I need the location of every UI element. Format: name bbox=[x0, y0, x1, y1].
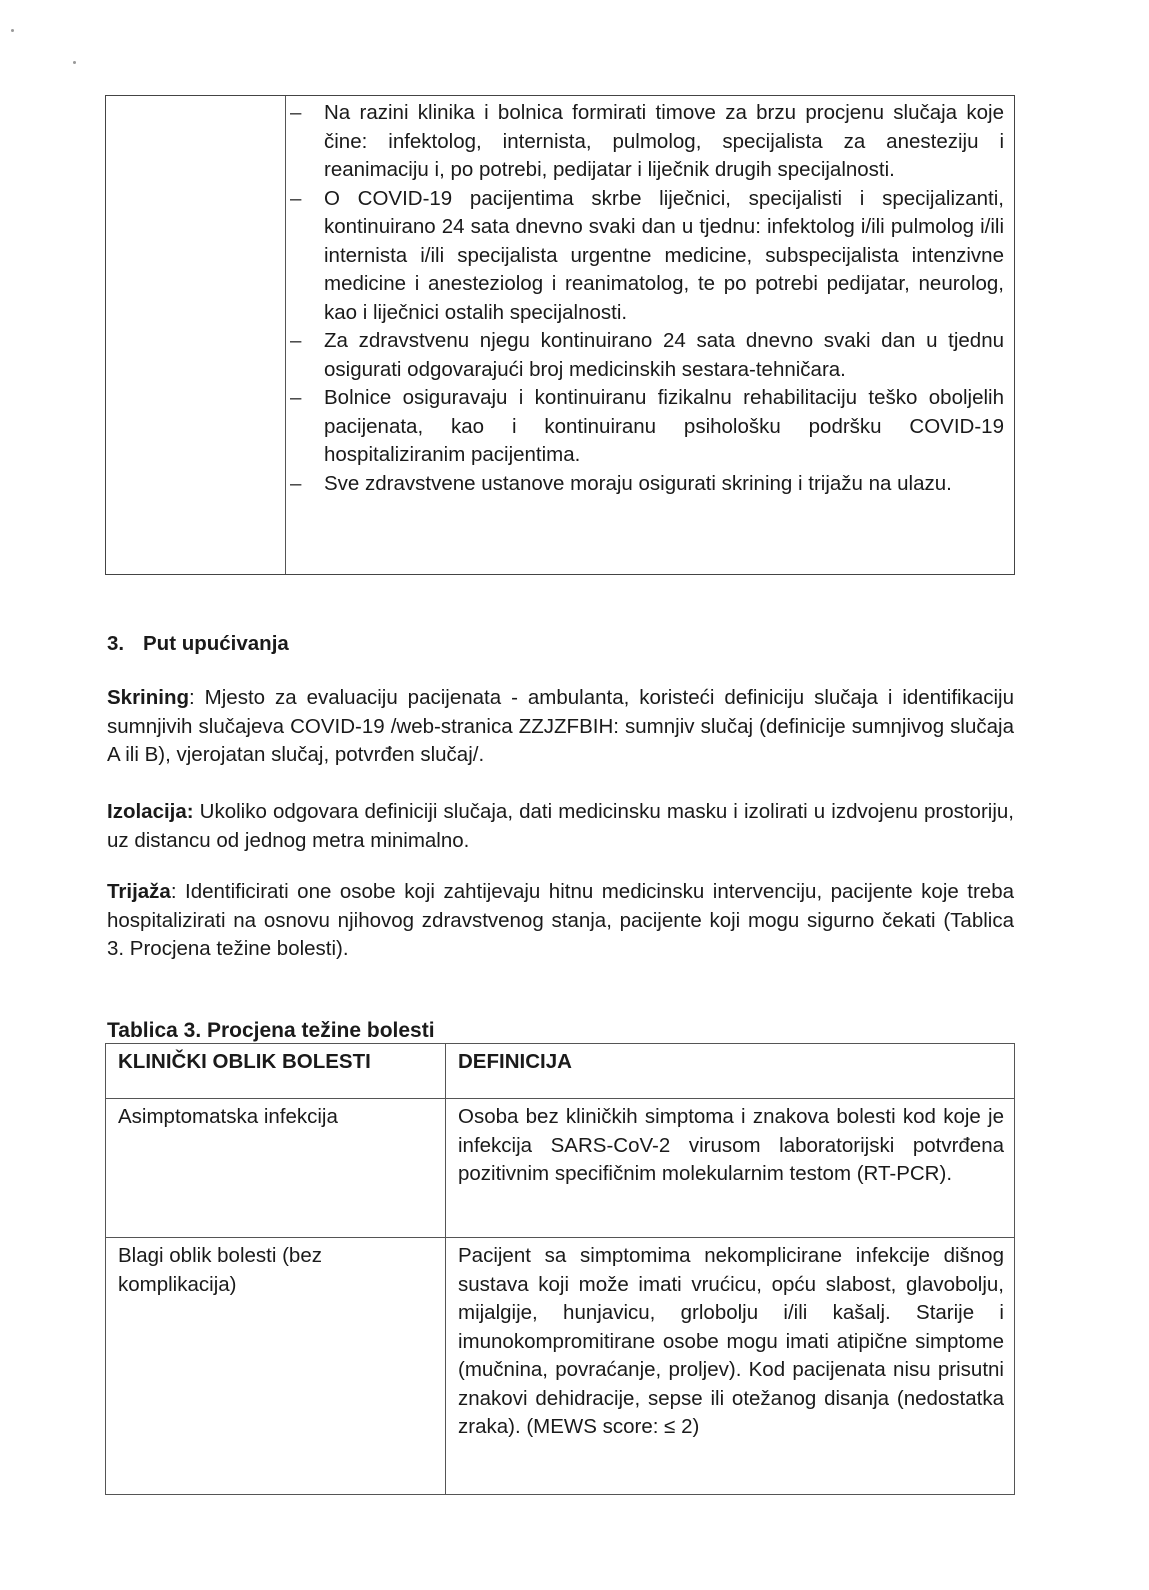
table-header-row: KLINIČKI OBLIK BOLESTI DEFINICIJA bbox=[106, 1044, 1015, 1099]
paragraph-label: Trijaža bbox=[107, 880, 171, 903]
section-title: Put upućivanja bbox=[143, 632, 289, 655]
dash-bullet-icon: – bbox=[286, 384, 324, 470]
cell-form: Asimptomatska infekcija bbox=[106, 1099, 446, 1238]
paragraph-izolacija: Izolacija: Ukoliko odgovara definiciji s… bbox=[107, 798, 1014, 855]
continued-table-bullet-cell: – Na razini klinika i bolnica formirati … bbox=[286, 96, 1014, 574]
paragraph-label: Izolacija: bbox=[107, 800, 194, 823]
paragraph-text: Ukoliko odgovara definiciji slučaja, dat… bbox=[107, 800, 1014, 852]
list-item: – O COVID-19 pacijentima skrbe liječnici… bbox=[286, 185, 1004, 328]
column-header-form: KLINIČKI OBLIK BOLESTI bbox=[106, 1044, 446, 1099]
section-number: 3. bbox=[107, 630, 143, 659]
paragraph-label: Skrining bbox=[107, 686, 189, 709]
table-row: Asimptomatska infekcija Osoba bez klinič… bbox=[106, 1099, 1015, 1238]
table-caption: Tablica 3. Procjena težine bolesti bbox=[107, 1017, 435, 1046]
dash-bullet-icon: – bbox=[286, 470, 324, 499]
dash-bullet-icon: – bbox=[286, 99, 324, 185]
paragraph-text: : Identificirati one osobe koji zahtijev… bbox=[107, 880, 1014, 960]
table-row: Blagi oblik bolesti (bez komplikacija) P… bbox=[106, 1238, 1015, 1495]
cell-form: Blagi oblik bolesti (bez komplikacija) bbox=[106, 1238, 446, 1495]
section-heading: 3.Put upućivanja bbox=[107, 630, 289, 659]
dash-bullet-icon: – bbox=[286, 327, 324, 384]
scan-speck bbox=[11, 29, 14, 32]
dash-bullet-icon: – bbox=[286, 185, 324, 328]
paragraph-skrining: Skrining: Mjesto za evaluaciju pacijenat… bbox=[107, 684, 1014, 770]
cell-definition: Pacijent sa simptomima nekomplicirane in… bbox=[446, 1238, 1015, 1495]
paragraph-text: : Mjesto za evaluaciju pacijenata - ambu… bbox=[107, 686, 1014, 766]
list-item: – Na razini klinika i bolnica formirati … bbox=[286, 99, 1004, 185]
scan-speck bbox=[73, 61, 76, 64]
severity-table: KLINIČKI OBLIK BOLESTI DEFINICIJA Asimpt… bbox=[105, 1043, 1015, 1495]
list-item: – Sve zdravstvene ustanove moraju osigur… bbox=[286, 470, 1004, 499]
cell-definition: Osoba bez kliničkih simptoma i znakova b… bbox=[446, 1099, 1015, 1238]
column-header-definition: DEFINICIJA bbox=[446, 1044, 1015, 1099]
list-item: – Za zdravstvenu njegu kontinuirano 24 s… bbox=[286, 327, 1004, 384]
list-item: – Bolnice osiguravaju i kontinuiranu fiz… bbox=[286, 384, 1004, 470]
continued-table-empty-cell bbox=[106, 96, 286, 574]
paragraph-trijaza: Trijaža: Identificirati one osobe koji z… bbox=[107, 878, 1014, 964]
continued-table: – Na razini klinika i bolnica formirati … bbox=[105, 95, 1015, 575]
